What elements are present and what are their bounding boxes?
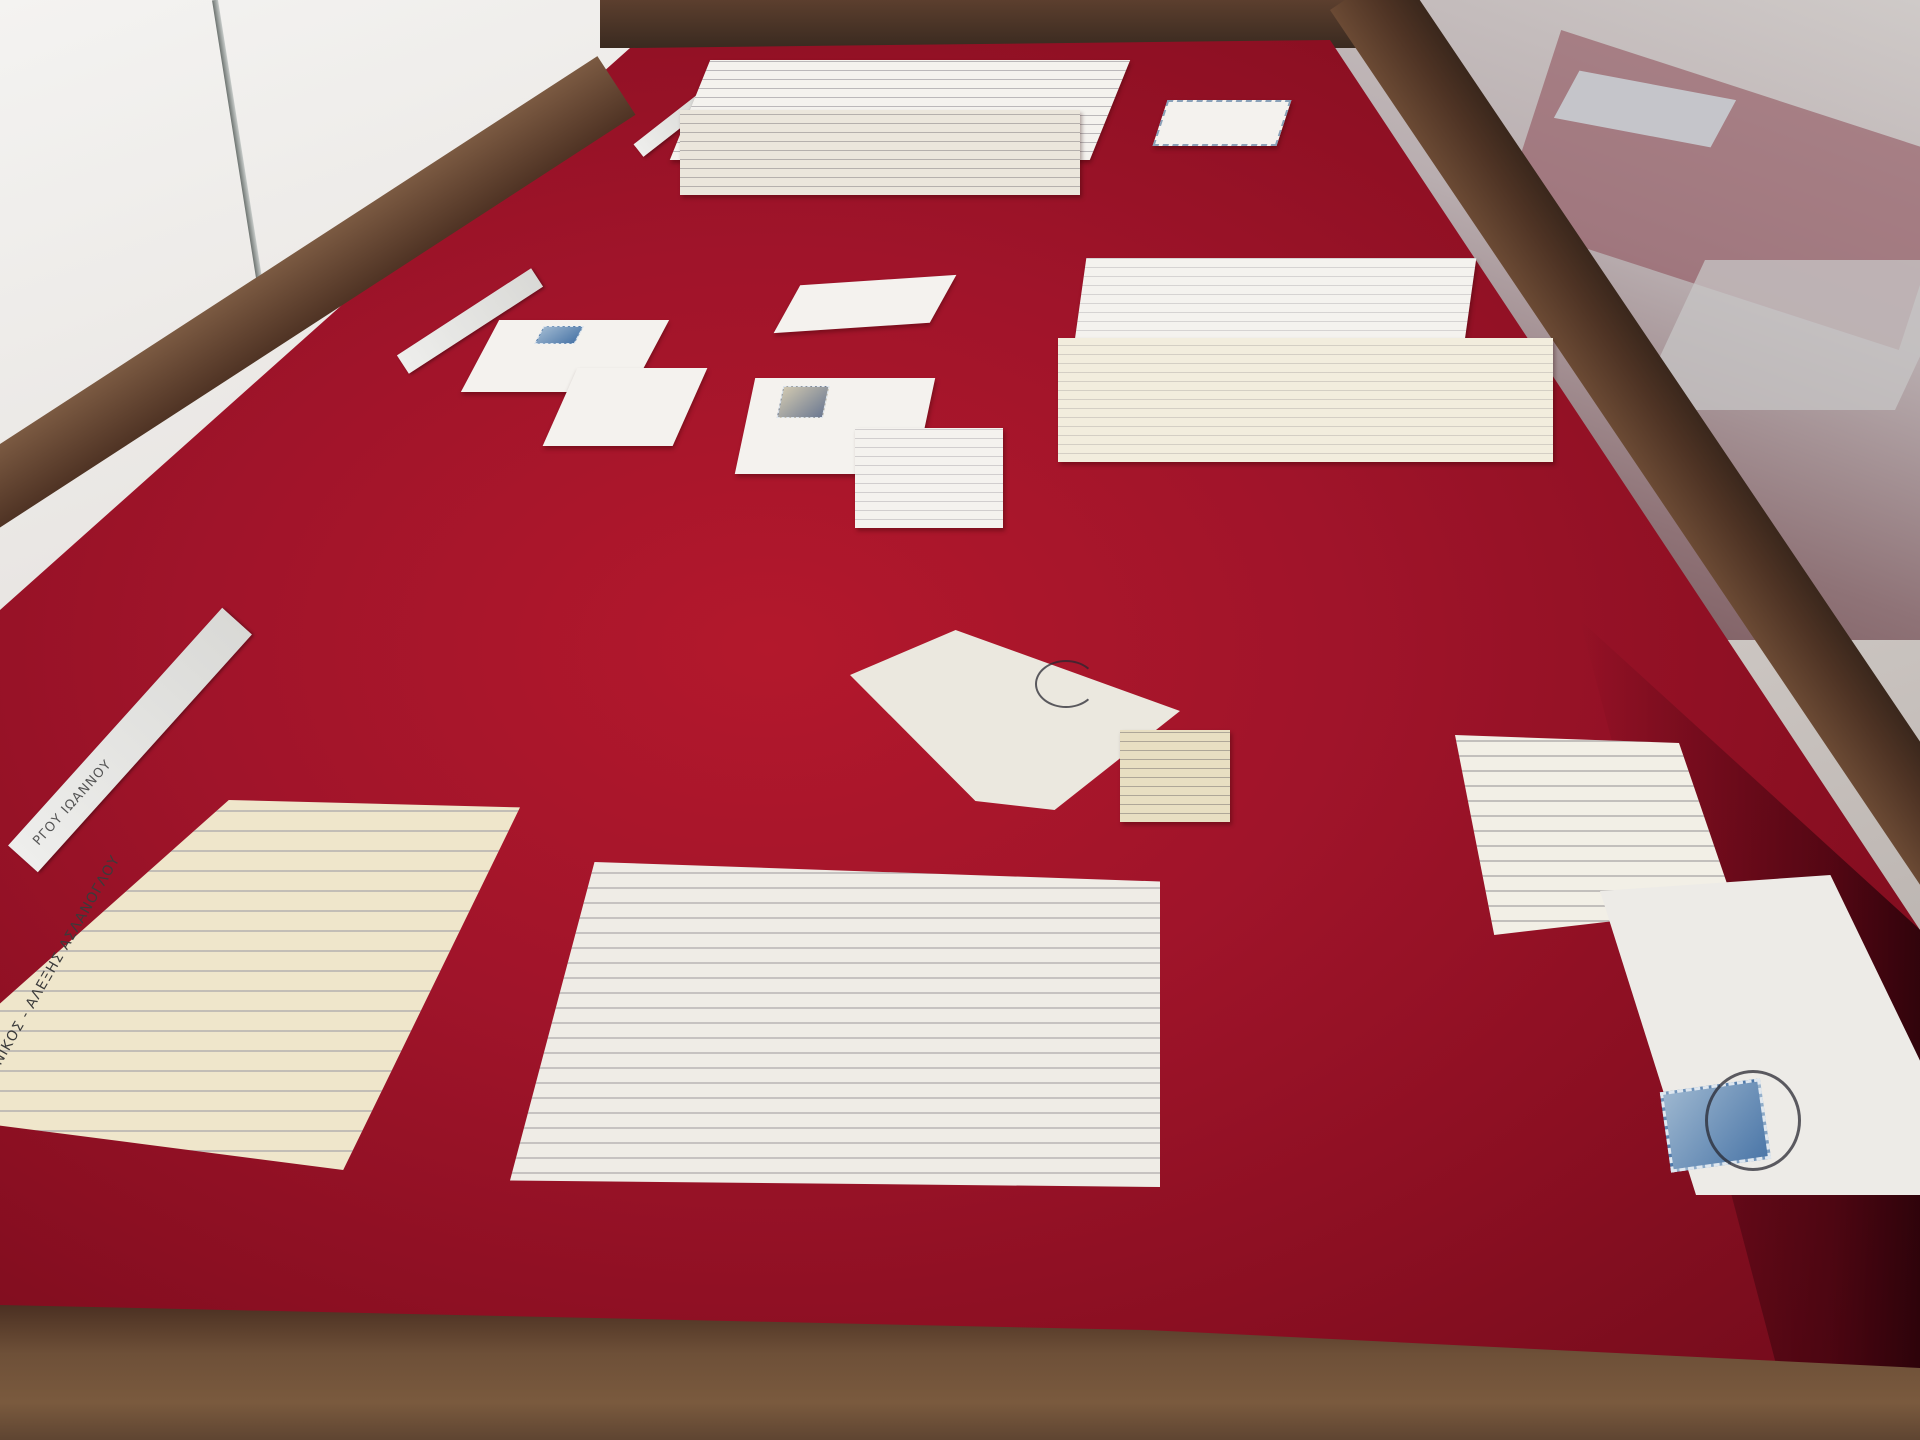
display-case-scene: ΡΓΟΥ ΙΩΑΝΝΟΥ ΝΙΚΟΣ - ΑΛΕΞΗΣ ΑΣΛΑΝΟΓΛΟΥ bbox=[0, 0, 1920, 1440]
case-frame-top bbox=[600, 0, 1360, 48]
top-folded-letter-lower bbox=[680, 110, 1080, 195]
top-small-envelope bbox=[1153, 100, 1292, 146]
envelope-postmark bbox=[1035, 660, 1097, 708]
stamp-postmark bbox=[1705, 1070, 1801, 1171]
right-letter-bottom-page bbox=[1058, 338, 1553, 462]
right-letter-top-page bbox=[1074, 258, 1477, 348]
mid-card-center bbox=[855, 428, 1003, 528]
newspaper-clipping bbox=[1120, 730, 1230, 822]
center-handwritten-letter bbox=[510, 862, 1160, 1187]
